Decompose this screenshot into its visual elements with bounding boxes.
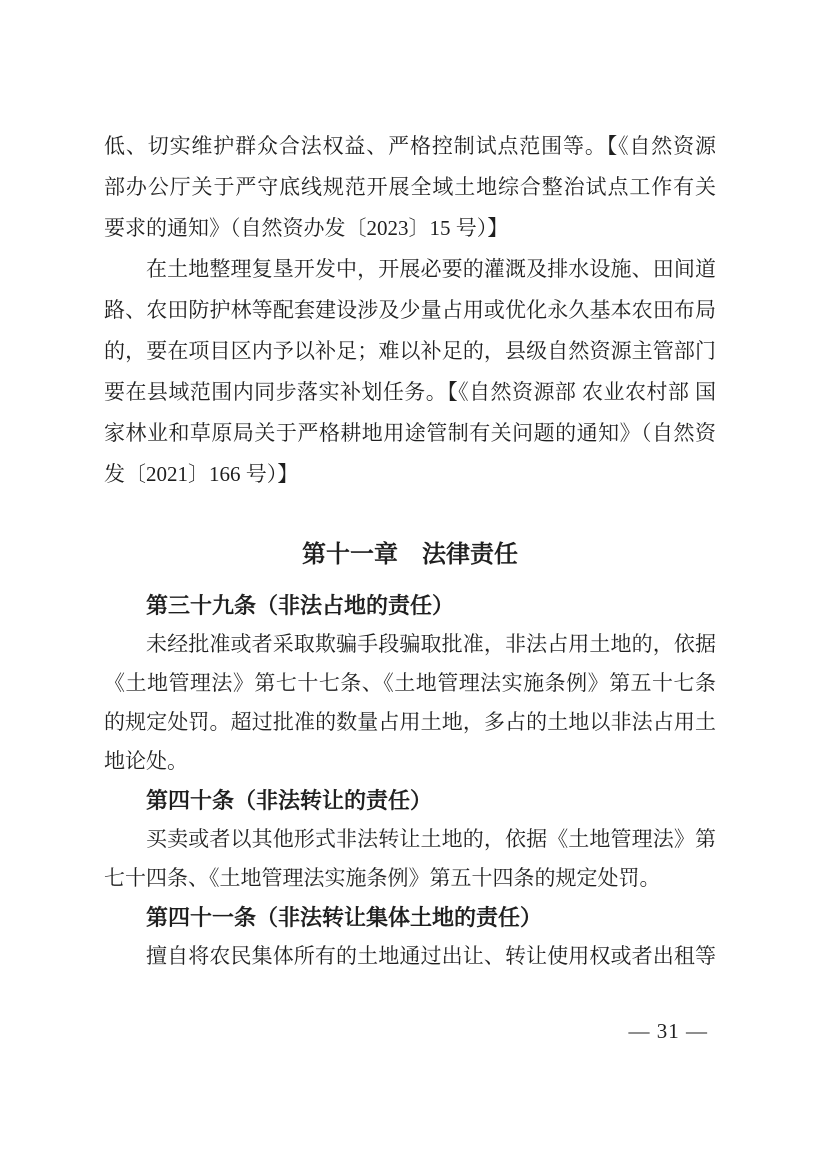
article-heading: 第四十条（非法转让的责任） (104, 781, 716, 820)
text-line: 要在县域范围内同步落实补划任务。【《自然资源部 农业农村部 国 (104, 372, 716, 413)
paragraph: 低、切实维护群众合法权益、严格控制试点范围等。【《自然资源 部办公厅关于严守底线… (104, 126, 716, 249)
text-line: 部办公厅关于严守底线规范开展全域土地综合整治试点工作有关 (104, 167, 716, 208)
text-line: 要求的通知》（自然资办发〔2023〕15 号）】 (104, 208, 716, 249)
article: 第三十九条（非法占地的责任） 未经批准或者采取欺骗手段骗取批准，非法占用土地的，… (104, 586, 716, 781)
text-line: 在土地整理复垦开发中，开展必要的灌溉及排水设施、田间道 (104, 249, 716, 290)
text-line: 《土地管理法》第七十七条、《土地管理法实施条例》第五十七条 (104, 664, 716, 703)
paragraph: 在土地整理复垦开发中，开展必要的灌溉及排水设施、田间道 路、农田防护林等配套建设… (104, 249, 716, 495)
text-line: 未经批准或者采取欺骗手段骗取批准，非法占用土地的，依据 (104, 625, 716, 664)
text-line: 家林业和草原局关于严格耕地用途管制有关问题的通知》（自然资 (104, 413, 716, 454)
text-line: 地论处。 (104, 742, 716, 781)
text-line: 的规定处罚。超过批准的数量占用土地，多占的土地以非法占用土 (104, 703, 716, 742)
article: 第四十一条（非法转让集体土地的责任） 擅自将农民集体所有的土地通过出让、转让使用… (104, 898, 716, 976)
page-number: — 31 — (629, 1018, 709, 1044)
article-heading: 第三十九条（非法占地的责任） (104, 586, 716, 625)
body-text-lower: 第三十九条（非法占地的责任） 未经批准或者采取欺骗手段骗取批准，非法占用土地的，… (104, 586, 716, 976)
article-heading: 第四十一条（非法转让集体土地的责任） (104, 898, 716, 937)
text-line: 发〔2021〕166 号）】 (104, 454, 716, 495)
body-text-upper: 低、切实维护群众合法权益、严格控制试点范围等。【《自然资源 部办公厅关于严守底线… (104, 126, 716, 495)
article: 第四十条（非法转让的责任） 买卖或者以其他形式非法转让土地的，依据《土地管理法》… (104, 781, 716, 898)
text-line: 擅自将农民集体所有的土地通过出让、转让使用权或者出租等 (104, 937, 716, 976)
text-line: 的，要在项目区内予以补足；难以补足的，县级自然资源主管部门 (104, 331, 716, 372)
document-page: 低、切实维护群众合法权益、严格控制试点范围等。【《自然资源 部办公厅关于严守底线… (0, 0, 826, 1169)
text-line: 路、农田防护林等配套建设涉及少量占用或优化永久基本农田布局 (104, 290, 716, 331)
text-line: 七十四条、《土地管理法实施条例》第五十四条的规定处罚。 (104, 859, 716, 898)
text-line: 低、切实维护群众合法权益、严格控制试点范围等。【《自然资源 (104, 126, 716, 167)
text-line: 买卖或者以其他形式非法转让土地的，依据《土地管理法》第 (104, 820, 716, 859)
chapter-heading: 第十一章 法律责任 (104, 540, 716, 570)
